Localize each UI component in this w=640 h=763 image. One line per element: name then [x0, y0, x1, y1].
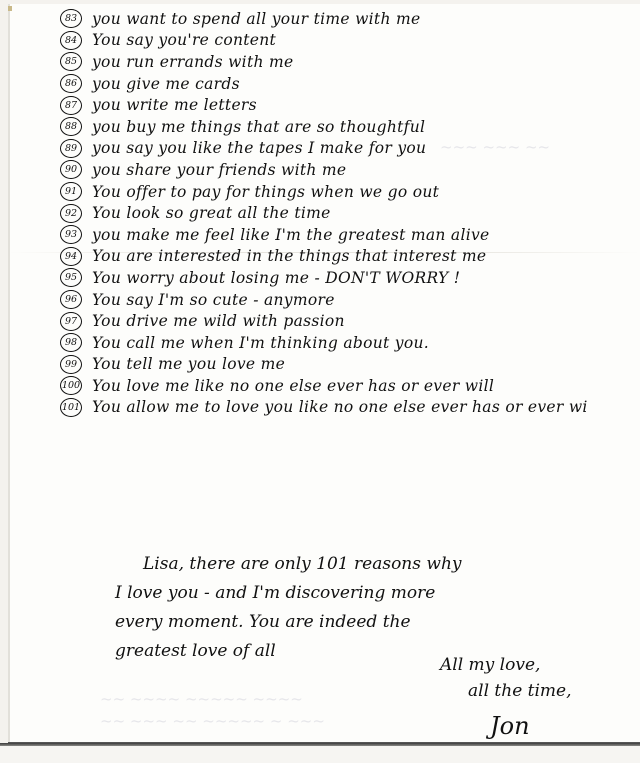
reason-text: You drive me wild with passion	[92, 312, 345, 330]
signoff-line: all the time,	[440, 678, 572, 704]
circled-number: 93	[60, 225, 82, 244]
circled-number: 100	[60, 376, 82, 395]
closing-line: I love you - and I'm discovering more	[115, 579, 615, 608]
scan-background	[0, 746, 640, 763]
circled-number: 96	[60, 290, 82, 309]
reason-text: You tell me you love me	[92, 355, 285, 373]
circled-number: 83	[60, 9, 82, 28]
circled-number: 92	[60, 204, 82, 223]
circled-number: 97	[60, 312, 82, 331]
bleed-through-text: ~~ ~~~ ~~ ~~~~~ ~ ~~~	[100, 712, 325, 730]
closing-line: every moment. You are indeed the	[115, 608, 615, 637]
list-item: 93you make me feel like I'm the greatest…	[60, 224, 640, 246]
list-item: 94You are interested in the things that …	[60, 246, 640, 268]
reason-text: You love me like no one else ever has or…	[92, 377, 494, 395]
list-item: 90you share your friends with me	[60, 159, 640, 181]
signoff-line: All my love,	[440, 652, 572, 678]
reason-text: You say I'm so cute - anymore	[92, 291, 335, 309]
list-item: 84You say you're content	[60, 30, 640, 52]
list-item: 87you write me letters	[60, 94, 640, 116]
reason-text: you buy me things that are so thoughtful	[92, 118, 425, 136]
reason-text: You say you're content	[92, 31, 276, 49]
reason-text: You call me when I'm thinking about you.	[92, 334, 429, 352]
list-item: 99You tell me you love me	[60, 354, 640, 376]
reason-text: You are interested in the things that in…	[92, 247, 486, 265]
circled-number: 91	[60, 182, 82, 201]
reason-text: You worry about losing me - DON'T WORRY …	[92, 269, 460, 287]
circled-number: 95	[60, 268, 82, 287]
list-item: 98You call me when I'm thinking about yo…	[60, 332, 640, 354]
circled-number: 84	[60, 31, 82, 50]
circled-number: 101	[60, 398, 82, 417]
reason-text: You offer to pay for things when we go o…	[92, 183, 439, 201]
list-item: 101You allow me to love you like no one …	[60, 397, 640, 419]
list-item: 91You offer to pay for things when we go…	[60, 181, 640, 203]
bleed-through-text: ~~ ~~~~ ~~~~~ ~~~~	[100, 690, 303, 708]
list-item: 85you run errands with me	[60, 51, 640, 73]
closing-paragraph: Lisa, there are only 101 reasons why I l…	[115, 550, 615, 666]
list-item: 89you say you like the tapes I make for …	[60, 138, 640, 160]
reasons-list: 83you want to spend all your time with m…	[60, 8, 640, 418]
reason-text: you write me letters	[92, 96, 257, 114]
list-item: 88you buy me things that are so thoughtf…	[60, 116, 640, 138]
list-item: 92You look so great all the time	[60, 202, 640, 224]
reason-text: you say you like the tapes I make for yo…	[92, 139, 426, 157]
list-item: 86you give me cards	[60, 73, 640, 95]
circled-number: 99	[60, 355, 82, 374]
list-item: 97You drive me wild with passion	[60, 310, 640, 332]
circled-number: 88	[60, 117, 82, 136]
circled-number: 87	[60, 96, 82, 115]
reason-text: you want to spend all your time with me	[92, 10, 420, 28]
circled-number: 86	[60, 74, 82, 93]
circled-number: 94	[60, 247, 82, 266]
list-item: 95You worry about losing me - DON'T WORR…	[60, 267, 640, 289]
circled-number: 98	[60, 333, 82, 352]
circled-number: 89	[60, 139, 82, 158]
reason-text: you give me cards	[92, 75, 240, 93]
reason-text: you make me feel like I'm the greatest m…	[92, 226, 490, 244]
reason-text: You look so great all the time	[92, 204, 331, 222]
reason-text: you run errands with me	[92, 53, 293, 71]
list-item: 100You love me like no one else ever has…	[60, 375, 640, 397]
closing-line: Lisa, there are only 101 reasons why	[115, 550, 615, 579]
reason-text: You allow me to love you like no one els…	[92, 398, 588, 416]
reason-text: you share your friends with me	[92, 161, 346, 179]
circled-number: 90	[60, 160, 82, 179]
signature: Jon	[490, 712, 530, 740]
staple-mark	[8, 6, 12, 11]
signoff: All my love, all the time,	[440, 652, 572, 704]
circled-number: 85	[60, 52, 82, 71]
list-item: 96You say I'm so cute - anymore	[60, 289, 640, 311]
list-item: 83you want to spend all your time with m…	[60, 8, 640, 30]
